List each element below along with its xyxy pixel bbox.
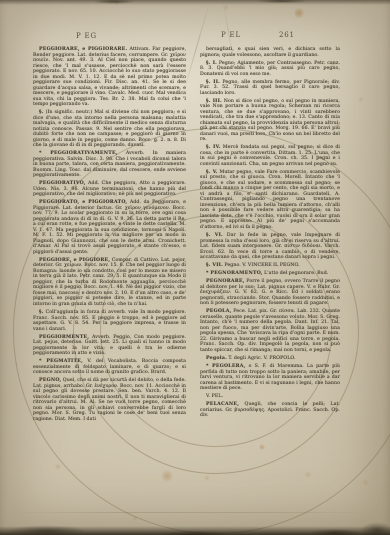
edge-smudge <box>85 0 143 5</box>
dictionary-entry: PEGNO, Quel, che si dà per sicurtà del d… <box>33 378 186 422</box>
entry-headword: §. <box>39 310 44 315</box>
entry-body: Attivam. Far peggiore, Render peggiore. … <box>33 47 186 107</box>
entry-body: Pece. Lat. pix. Gr. πίσσα. Lab. 232. Qua… <box>200 309 340 353</box>
entry-headword: * PEGNORAMENTO, <box>206 271 263 276</box>
dictionary-entry: * PEGOLERA, o S. F. di Maremma. La parte… <box>200 364 340 392</box>
entry-body: Coll'aggiunta in forza di avverb. vale I… <box>33 310 186 332</box>
corner-blotch <box>354 519 390 535</box>
foxing-stain <box>328 60 338 68</box>
scan-top-edge <box>0 0 390 5</box>
dictionary-entry: §. VII. Pegno. V. VINCERE IL PEGNO. <box>200 263 340 269</box>
entry-body: bersagliati, e quai sien veri, e dichiar… <box>200 47 340 58</box>
edge-smudge <box>246 0 318 4</box>
dictionary-entry: * PEGNORAMENTO, L'atto del pegnorare. Bu… <box>200 271 340 277</box>
dictionary-entry: §. VI. Dar la fede in pegno, vale Impegn… <box>200 233 340 261</box>
entry-body: Quel, che si dà per sicurtà del debito, … <box>33 378 186 422</box>
entry-headword: §. VI. <box>206 233 223 238</box>
entry-headword: §. VII. <box>206 263 223 268</box>
entry-headword: Pegola. <box>206 356 227 361</box>
entry-body: Pegno. V. VINCERE IL PEGNO. <box>224 263 299 268</box>
dictionary-entry: PEGGIORMENTE, Avverb. Peggio, Con modo p… <box>33 335 186 357</box>
foxing-stain <box>156 468 178 484</box>
dictionary-entry: PEGGIORE, e PIGGIORE, Compar. di Cattivo… <box>33 258 186 308</box>
entry-headword: PEGOLA, <box>206 309 232 314</box>
dictionary-entry: PEGGIORATO, e PIGGIORATO, Add. da Peggio… <box>33 200 186 255</box>
dictionary-entry: * PEGMATITE, V. del Vocabolista. Roccia … <box>33 359 186 376</box>
entry-body: Mercè fondata sui pegni, sul pegno; si d… <box>200 145 340 167</box>
dictionary-entry: §. I. Pegno; Agiamento, per Contrassegno… <box>200 61 340 78</box>
entry-headword: PEGGIORATO, e PIGGIORATO, <box>39 200 127 205</box>
dictionary-entry: * PEGGIORATIVAMENTE, Avverb. In maniera … <box>33 151 186 179</box>
page-number: 261 <box>279 31 295 39</box>
foxing-stain <box>360 478 371 487</box>
running-head-left: P EG <box>76 32 97 40</box>
entry-headword: §. <box>39 110 44 115</box>
left-text-column: PEGGIORARE, e PIGGIORARE. Attivam. Far p… <box>33 47 186 425</box>
foxing-stain <box>357 96 365 103</box>
dictionary-entry: §. IV. Mercè fondata sui pegni, sul pegn… <box>200 145 340 167</box>
corner-blotch <box>0 523 102 535</box>
foxing-stain <box>130 515 140 522</box>
foxing-stain <box>257 443 267 451</box>
foxing-stain <box>202 474 212 482</box>
foxing-stain <box>52 462 64 471</box>
entry-headword: PELACANE, <box>206 402 239 407</box>
entry-body: Add. da Peggiorare, e Piggiorare. Lat. d… <box>33 200 186 255</box>
dictionary-entry: §. II. Pegno, alle membra fermo, per Pig… <box>200 80 340 97</box>
entry-headword: PEGGIORATIVO, <box>39 181 86 186</box>
dictionary-entry: PELACANE, Quegli, che concia le pelli; L… <box>200 402 340 419</box>
entry-headword: §. I. <box>206 61 217 66</box>
corner-blotch <box>150 529 240 535</box>
entry-headword: §. IV. <box>206 145 221 150</box>
right-text-column: bersagliati, e quai sien veri, e dichiar… <box>200 47 340 421</box>
dictionary-entry: §. (In signific. neutr.) Mal si diviene … <box>33 110 186 149</box>
entry-body: L'atto del pegnorare. Bud. <box>264 271 328 276</box>
dictionary-entry: PEGGIORARE, e PIGGIORARE. Attivam. Far p… <box>33 47 186 108</box>
dictionary-entry: §. V. Mutar pegno, vale Fare commercio, … <box>200 170 340 231</box>
entry-headword: PEGNO, <box>39 378 61 383</box>
dictionary-entry: bersagliati, e quai sien veri, e dichiar… <box>200 47 340 58</box>
entry-body: Non si dice col pegno, o sul pegno in ma… <box>200 99 340 143</box>
paper-crease-horizontal <box>10 512 370 513</box>
entry-body: Pegno, alle membra fermo, per Pignorale;… <box>200 80 340 96</box>
entry-body: T. degli Agric. V. PROPOLO. <box>228 356 295 361</box>
entry-body: Pegno; Agiamento, per Contrassegno. Petr… <box>200 61 340 77</box>
entry-headword: PEGGIORMENTE, <box>39 335 89 340</box>
foxing-stain <box>291 6 307 20</box>
dictionary-entry: §. III. Non si dice col pegno, o sul peg… <box>200 99 340 143</box>
entry-headword: §. II. <box>206 80 220 85</box>
dictionary-entry: §. Coll'aggiunta in forza di avverb. val… <box>33 310 186 332</box>
entry-headword: PEGNORARE, <box>206 279 245 284</box>
entry-headword: * PEGMATITE, <box>39 359 83 364</box>
foxing-stain <box>302 470 314 479</box>
dictionary-entry: PEGNORARE, Porre il pegno, ovvero Trarre… <box>200 279 340 307</box>
scanned-book-page: P EG P EL 261 PEGGIORARE, e PIGGIORARE. … <box>0 0 390 535</box>
running-head-right: P EL <box>221 31 241 39</box>
entry-body: (In signific. neutr.) Mal si diviene chi… <box>33 110 186 148</box>
dictionary-entry: PEGGIORATIVO, Add. Che peggiora, Atto a … <box>33 181 186 198</box>
entry-headword: * PEGOLERA, <box>206 364 246 369</box>
entry-body: Mutar pegno, vale Fare commercio, scambi… <box>200 170 340 230</box>
dictionary-entry: V. PEL. <box>200 394 340 400</box>
entry-headword: * PEGGIORATIVAMENTE, <box>39 151 118 156</box>
entry-headword: PEGGIORARE, e PIGGIORARE. <box>39 47 127 52</box>
entry-body: V. PEL. <box>206 394 223 399</box>
entry-body: Compar. di Cattivo. Lat. pejor, deterior… <box>33 258 186 307</box>
dictionary-entry: PEGOLA, Pece. Lat. pix. Gr. πίσσα. Lab. … <box>200 309 340 353</box>
dictionary-entry: Pegola. T. degli Agric. V. PROPOLO. <box>200 356 340 362</box>
